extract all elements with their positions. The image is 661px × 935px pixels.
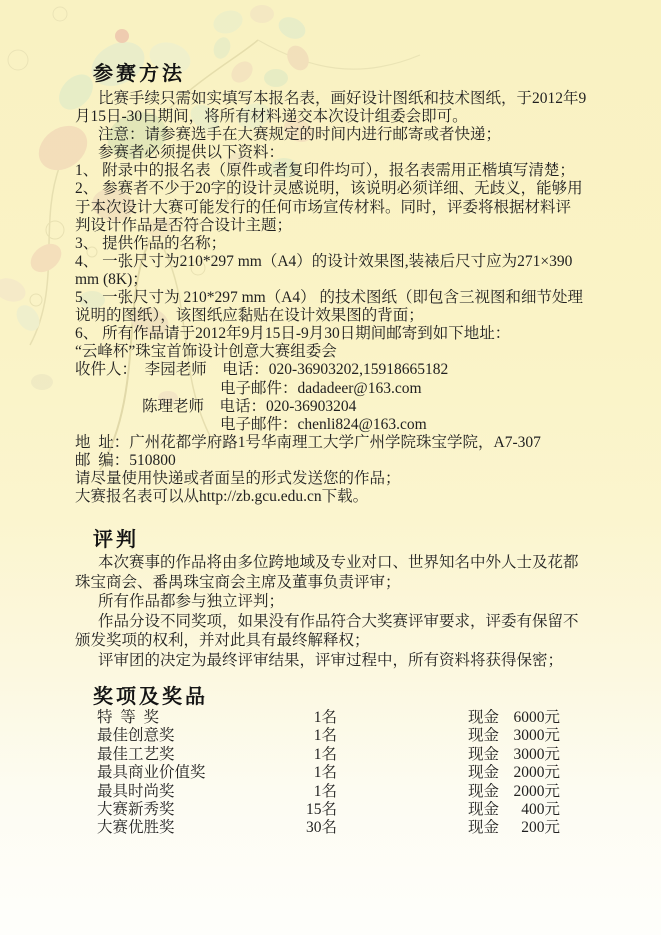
text-line: 所有作品都参与独立评判； xyxy=(75,592,603,612)
prize-row: 大赛优胜奖 30名 现金 200元 xyxy=(97,819,560,837)
prize-count: 15名 xyxy=(292,801,337,819)
prize-amount: 2000元 xyxy=(508,764,560,782)
prize-count: 1名 xyxy=(292,709,337,727)
prize-count: 1名 xyxy=(292,764,337,782)
prize-row: 最具商业价值奖 1名 现金 2000元 xyxy=(97,764,560,782)
download-url-line: 大赛报名表可以从http://zb.gcu.edu.cn下载。 xyxy=(75,488,603,506)
prize-count: 30名 xyxy=(292,819,337,837)
method-body: 比赛手续只需如实填写本报名表，画好设计图纸和技术图纸，于2012年9 月15日-… xyxy=(75,90,603,506)
prize-amount: 400元 xyxy=(508,801,560,819)
section-title-judging: 评判 xyxy=(93,523,139,552)
section-title-awards: 奖项及奖品 xyxy=(93,680,208,709)
text-line: 珠宝商会、番禺珠宝商会主席及董事负责评审； xyxy=(75,573,603,593)
prize-row: 特 等 奖 1名 现金 6000元 xyxy=(97,709,560,727)
recipient-line: 收件人： 李园老师 电话：020-36903202,15918665182 xyxy=(75,361,603,379)
text-line: “云峰杯”珠宝首饰设计创意大赛组委会 xyxy=(75,343,603,361)
prize-name: 最佳创意奖 xyxy=(97,727,292,745)
text-line: 判设计作品是否符合设计主题； xyxy=(75,217,603,235)
text-line: 比赛手续只需如实填写本报名表，画好设计图纸和技术图纸，于2012年9 xyxy=(75,90,603,108)
prize-count: 1名 xyxy=(292,783,337,801)
text-line: 颁发奖项的权利，并对此具有最终解释权； xyxy=(75,631,603,651)
prize-name: 最具商业价值奖 xyxy=(97,764,292,782)
email-line: 电子邮件：dadadeer@163.com xyxy=(75,380,603,398)
postcode-line: 邮 编：510800 xyxy=(75,452,603,470)
text-line: 5、 一张尺寸为 210*297 mm（A4） 的技术图纸（即包含三视图和细节处… xyxy=(75,289,603,307)
prize-cash-label: 现金 xyxy=(468,727,508,745)
prize-cash-label: 现金 xyxy=(468,709,508,727)
text-line: 作品分设不同奖项，如果没有作品符合大奖赛评审要求，评委有保留不 xyxy=(75,612,603,632)
text-line: 参赛者必须提供以下资料： xyxy=(75,144,603,162)
address-line: 地 址：广州花都学府路1号华南理工大学广州学院珠宝学院，A7-307 xyxy=(75,434,603,452)
prize-name: 特 等 奖 xyxy=(97,709,292,727)
text-line: 本次赛事的作品将由多位跨地域及专业对口、世界知名中外人士及花都 xyxy=(75,553,603,573)
prize-amount: 3000元 xyxy=(508,746,560,764)
prize-cash-label: 现金 xyxy=(468,783,508,801)
text-line: 1、 附录中的报名表（原件或者复印件均可），报名表需用正楷填写清楚； xyxy=(75,162,603,180)
prize-amount: 6000元 xyxy=(508,709,560,727)
prize-cash-label: 现金 xyxy=(468,801,508,819)
prize-count: 1名 xyxy=(292,727,337,745)
prize-row: 最佳工艺奖 1名 现金 3000元 xyxy=(97,746,560,764)
prize-row: 最具时尚奖 1名 现金 2000元 xyxy=(97,783,560,801)
text-line: 3、 提供作品的名称； xyxy=(75,235,603,253)
prize-name: 大赛新秀奖 xyxy=(97,801,292,819)
prize-name: 最具时尚奖 xyxy=(97,783,292,801)
prize-cash-label: 现金 xyxy=(468,746,508,764)
prize-row: 最佳创意奖 1名 现金 3000元 xyxy=(97,727,560,745)
text-line: 说明的图纸），该图纸应黏贴在设计效果图的背面； xyxy=(75,307,603,325)
prize-cash-label: 现金 xyxy=(468,819,508,837)
recipient-line: 陈理老师 电话：020-36903204 xyxy=(75,398,603,416)
email-line: 电子邮件：chenli824@163.com xyxy=(75,416,603,434)
flyer-page: 参赛方法 比赛手续只需如实填写本报名表，画好设计图纸和技术图纸，于2012年9 … xyxy=(0,0,661,935)
text-line: 评审团的决定为最终评审结果，评审过程中，所有资料将获得保密； xyxy=(75,651,603,671)
prize-amount: 200元 xyxy=(508,819,560,837)
prize-name: 最佳工艺奖 xyxy=(97,746,292,764)
text-line: 注意：请参赛选手在大赛规定的时间内进行邮寄或者快递； xyxy=(75,126,603,144)
text-line: 4、 一张尺寸为210*297 mm（A4）的设计效果图,装裱后尺寸应为271×… xyxy=(75,253,603,271)
text-line: 6、 所有作品请于2012年9月15日-9月30日期间邮寄到如下地址： xyxy=(75,325,603,343)
prize-row: 大赛新秀奖 15名 现金 400元 xyxy=(97,801,560,819)
text-line: 于本次设计大赛可能发行的任何市场宣传材料。同时，评委将根据材料评 xyxy=(75,199,603,217)
section-title-method: 参赛方法 xyxy=(93,57,185,86)
text-line: 请尽量使用快递或者面呈的形式发送您的作品； xyxy=(75,470,603,488)
prize-amount: 3000元 xyxy=(508,727,560,745)
judging-body: 本次赛事的作品将由多位跨地域及专业对口、世界知名中外人士及花都 珠宝商会、番禺珠… xyxy=(75,553,603,670)
prize-count: 1名 xyxy=(292,746,337,764)
text-line: mm (8K)； xyxy=(75,271,603,289)
prize-amount: 2000元 xyxy=(508,783,560,801)
prize-table: 特 等 奖 1名 现金 6000元 最佳创意奖 1名 现金 3000元 最佳工艺… xyxy=(97,709,560,838)
prize-cash-label: 现金 xyxy=(468,764,508,782)
text-line: 2、 参赛者不少于20字的设计灵感说明，该说明必须详细、无歧义，能够用 xyxy=(75,180,603,198)
text-line: 月15日-30日期间，将所有材料递交本次设计组委会即可。 xyxy=(75,108,603,126)
prize-name: 大赛优胜奖 xyxy=(97,819,292,837)
